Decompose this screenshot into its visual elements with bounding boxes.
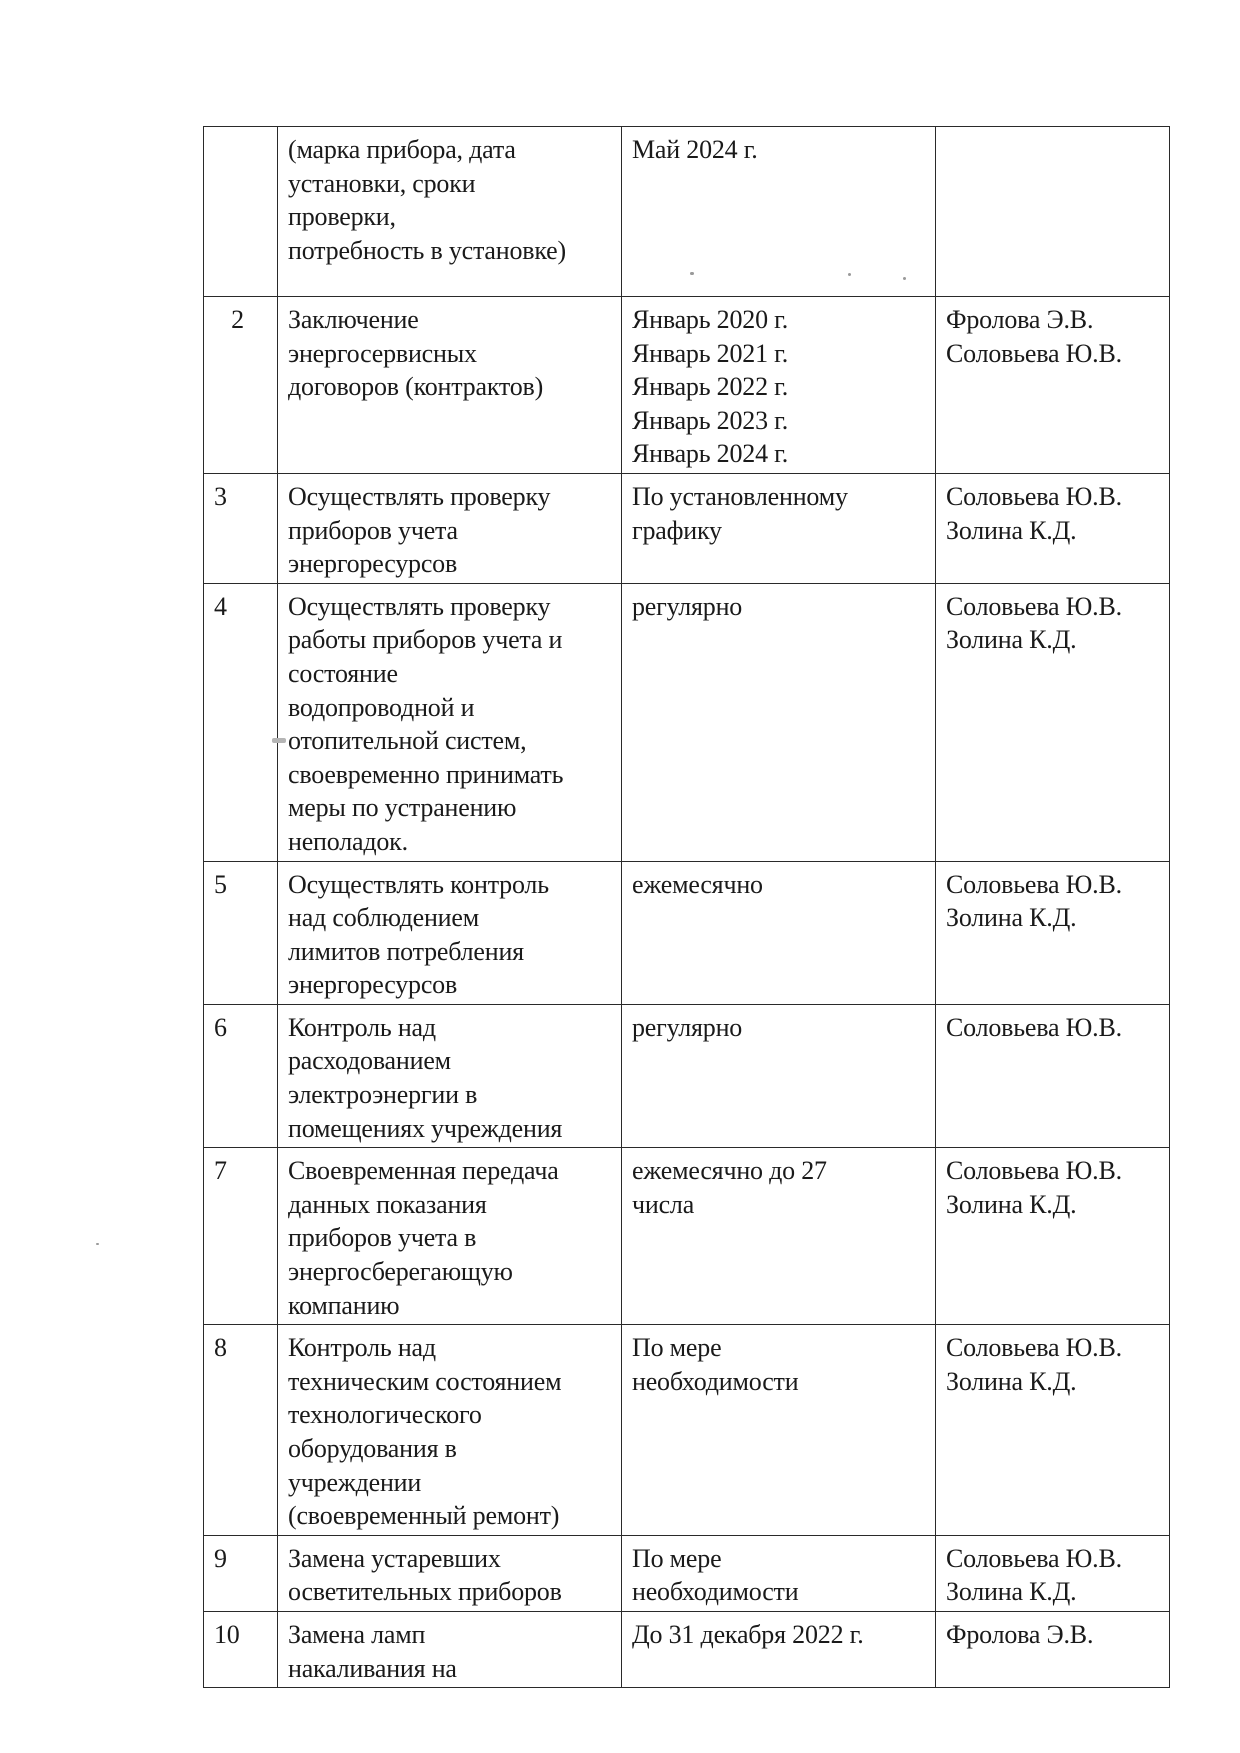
row-number: 7: [214, 1156, 227, 1185]
activity-line: (своевременный ремонт): [288, 1499, 611, 1533]
activity-line: установки, сроки: [288, 167, 611, 201]
activity-line: Своевременная передача: [288, 1154, 611, 1188]
activity-cell: Осуществлять контрольнад соблюдениемлими…: [278, 861, 622, 1004]
responsible-line: Фролова Э.В.: [946, 303, 1159, 337]
activity-line: энергоресурсов: [288, 968, 611, 1002]
activity-line: состояние: [288, 657, 611, 691]
term-cell: Май 2024 г.: [622, 127, 936, 297]
term-line: Май 2024 г.: [632, 133, 925, 167]
responsible-cell: Фролова Э.В.Соловьева Ю.В.: [936, 297, 1170, 474]
term-line: Январь 2021 г.: [632, 337, 925, 371]
activity-line: неполадок.: [288, 825, 611, 859]
table-row: 6Контроль надрасходованиемэлектроэнергии…: [204, 1004, 1170, 1147]
term-line: По мере: [632, 1542, 925, 1576]
term-line: графику: [632, 514, 925, 548]
term-cell: По меренеобходимости: [622, 1535, 936, 1611]
activity-line: энергоресурсов: [288, 547, 611, 581]
activity-line: энергосервисных: [288, 337, 611, 371]
activity-line: осветительных приборов: [288, 1575, 611, 1609]
activity-line: отопительной систем,: [288, 724, 611, 758]
responsible-line: Соловьева Ю.В.: [946, 868, 1159, 902]
term-cell: До 31 декабря 2022 г.: [622, 1611, 936, 1687]
activity-cell: Замена устаревшихосветительных приборов: [278, 1535, 622, 1611]
table-row: 4Осуществлять проверкуработы приборов уч…: [204, 583, 1170, 861]
term-line: По мере: [632, 1331, 925, 1365]
table-row: 5Осуществлять контрольнад соблюдениемлим…: [204, 861, 1170, 1004]
activity-cell: Контроль надтехническим состояниемтехнол…: [278, 1325, 622, 1536]
activity-cell: Осуществлять проверкуприборов учетаэнерг…: [278, 473, 622, 583]
term-cell: По установленномуграфику: [622, 473, 936, 583]
activity-line: договоров (контрактов): [288, 370, 611, 404]
term-line: Январь 2022 г.: [632, 370, 925, 404]
activity-cell: Заключениеэнергосервисныхдоговоров (конт…: [278, 297, 622, 474]
activity-line: (марка прибора, дата: [288, 133, 611, 167]
row-number: 2: [231, 305, 244, 334]
activity-cell: Контроль надрасходованиемэлектроэнергии …: [278, 1004, 622, 1147]
activity-line: своевременно принимать: [288, 758, 611, 792]
row-number: 10: [214, 1620, 240, 1649]
term-line: регулярно: [632, 590, 925, 624]
row-number: 5: [214, 870, 227, 899]
activity-line: приборов учета в: [288, 1221, 611, 1255]
responsible-line: Соловьева Ю.В.: [946, 1542, 1159, 1576]
responsible-line: Соловьева Ю.В.: [946, 1011, 1159, 1045]
table-row: 10Замена лампнакаливания наДо 31 декабря…: [204, 1611, 1170, 1687]
activity-line: данных показания: [288, 1188, 611, 1222]
row-number-cell: 6: [204, 1004, 278, 1147]
activity-line: накаливания на: [288, 1652, 611, 1686]
activity-line: Контроль над: [288, 1011, 611, 1045]
activity-line: помещениях учреждения: [288, 1112, 611, 1146]
activity-line: лимитов потребления: [288, 935, 611, 969]
responsible-line: Соловьева Ю.В.: [946, 480, 1159, 514]
responsible-cell: [936, 127, 1170, 297]
row-number-cell: 8: [204, 1325, 278, 1536]
responsible-line: Золина К.Д.: [946, 623, 1159, 657]
term-cell: Январь 2020 г.Январь 2021 г.Январь 2022 …: [622, 297, 936, 474]
row-number: 3: [214, 482, 227, 511]
activity-line: расходованием: [288, 1044, 611, 1078]
activity-line: проверки,: [288, 200, 611, 234]
responsible-cell: Соловьева Ю.В.Золина К.Д.: [936, 1148, 1170, 1325]
term-line: ежемесячно: [632, 868, 925, 902]
row-number-cell: 3: [204, 473, 278, 583]
term-cell: ежемесячно до 27числа: [622, 1148, 936, 1325]
term-cell: ежемесячно: [622, 861, 936, 1004]
scan-artifact: [272, 738, 286, 743]
activity-line: компанию: [288, 1289, 611, 1323]
term-line: необходимости: [632, 1575, 925, 1609]
table-row: (марка прибора, датаустановки, срокипров…: [204, 127, 1170, 297]
activity-line: Осуществлять проверку: [288, 480, 611, 514]
responsible-line: Соловьева Ю.В.: [946, 1331, 1159, 1365]
responsible-cell: Соловьева Ю.В.: [936, 1004, 1170, 1147]
activity-line: Контроль над: [288, 1331, 611, 1365]
term-line: ежемесячно до 27: [632, 1154, 925, 1188]
activity-line: технологического: [288, 1398, 611, 1432]
activity-line: Замена устаревших: [288, 1542, 611, 1576]
activity-line: учреждении: [288, 1466, 611, 1500]
table-row: 9Замена устаревшихосветительных приборов…: [204, 1535, 1170, 1611]
responsible-line: Соловьева Ю.В.: [946, 1154, 1159, 1188]
activity-line: электроэнергии в: [288, 1078, 611, 1112]
scan-artifact: [690, 272, 694, 275]
row-number-cell: [204, 127, 278, 297]
responsible-line: Золина К.Д.: [946, 514, 1159, 548]
term-line: числа: [632, 1188, 925, 1222]
term-cell: регулярно: [622, 1004, 936, 1147]
term-line: До 31 декабря 2022 г.: [632, 1618, 925, 1652]
activity-line: оборудования в: [288, 1432, 611, 1466]
responsible-cell: Соловьева Ю.В.Золина К.Д.: [936, 1535, 1170, 1611]
term-line: По установленному: [632, 480, 925, 514]
term-line: необходимости: [632, 1365, 925, 1399]
energy-saving-plan-table: (марка прибора, датаустановки, срокипров…: [203, 126, 1170, 1688]
table-body: (марка прибора, датаустановки, срокипров…: [204, 127, 1170, 1688]
term-line: Январь 2020 г.: [632, 303, 925, 337]
activity-line: водопроводной и: [288, 691, 611, 725]
activity-line: Осуществлять проверку: [288, 590, 611, 624]
row-number: 4: [214, 592, 227, 621]
table-row: 2Заключениеэнергосервисныхдоговоров (кон…: [204, 297, 1170, 474]
table-row: 7Своевременная передачаданных показанияп…: [204, 1148, 1170, 1325]
responsible-line: Соловьева Ю.В.: [946, 337, 1159, 371]
term-cell: регулярно: [622, 583, 936, 861]
row-number-cell: 2: [204, 297, 278, 474]
responsible-line: Золина К.Д.: [946, 1575, 1159, 1609]
row-number: 8: [214, 1333, 227, 1362]
activity-cell: Замена лампнакаливания на: [278, 1611, 622, 1687]
scan-artifact: [848, 273, 851, 276]
responsible-line: Соловьева Ю.В.: [946, 590, 1159, 624]
responsible-line: Фролова Э.В.: [946, 1618, 1159, 1652]
responsible-line: Золина К.Д.: [946, 1365, 1159, 1399]
term-line: Январь 2023 г.: [632, 404, 925, 438]
activity-cell: (марка прибора, датаустановки, срокипров…: [278, 127, 622, 297]
activity-line: Замена ламп: [288, 1618, 611, 1652]
activity-cell: Своевременная передачаданных показанияпр…: [278, 1148, 622, 1325]
responsible-line: Золина К.Д.: [946, 901, 1159, 935]
row-number-cell: 4: [204, 583, 278, 861]
row-number: 6: [214, 1013, 227, 1042]
activity-line: техническим состоянием: [288, 1365, 611, 1399]
responsible-cell: Соловьева Ю.В.Золина К.Д.: [936, 473, 1170, 583]
row-number-cell: 10: [204, 1611, 278, 1687]
responsible-cell: Соловьева Ю.В.Золина К.Д.: [936, 861, 1170, 1004]
responsible-line: Золина К.Д.: [946, 1188, 1159, 1222]
term-line: регулярно: [632, 1011, 925, 1045]
term-cell: По меренеобходимости: [622, 1325, 936, 1536]
activity-line: работы приборов учета и: [288, 623, 611, 657]
table-row: 3Осуществлять проверкуприборов учетаэнер…: [204, 473, 1170, 583]
document-page: (марка прибора, датаустановки, срокипров…: [0, 0, 1240, 1753]
row-number: 9: [214, 1544, 227, 1573]
scan-artifact: [903, 277, 906, 280]
row-number-cell: 9: [204, 1535, 278, 1611]
activity-line: приборов учета: [288, 514, 611, 548]
responsible-cell: Фролова Э.В.: [936, 1611, 1170, 1687]
activity-cell: Осуществлять проверкуработы приборов уче…: [278, 583, 622, 861]
activity-line: меры по устранению: [288, 791, 611, 825]
activity-line: над соблюдением: [288, 901, 611, 935]
activity-line: потребность в установке): [288, 234, 611, 268]
activity-line: Заключение: [288, 303, 611, 337]
row-number-cell: 7: [204, 1148, 278, 1325]
responsible-cell: Соловьева Ю.В.Золина К.Д.: [936, 583, 1170, 861]
table-row: 8Контроль надтехническим состояниемтехно…: [204, 1325, 1170, 1536]
activity-line: Осуществлять контроль: [288, 868, 611, 902]
activity-line: энергосберегающую: [288, 1255, 611, 1289]
scan-artifact: [96, 1243, 99, 1245]
row-number-cell: 5: [204, 861, 278, 1004]
responsible-cell: Соловьева Ю.В.Золина К.Д.: [936, 1325, 1170, 1536]
term-line: Январь 2024 г.: [632, 437, 925, 471]
